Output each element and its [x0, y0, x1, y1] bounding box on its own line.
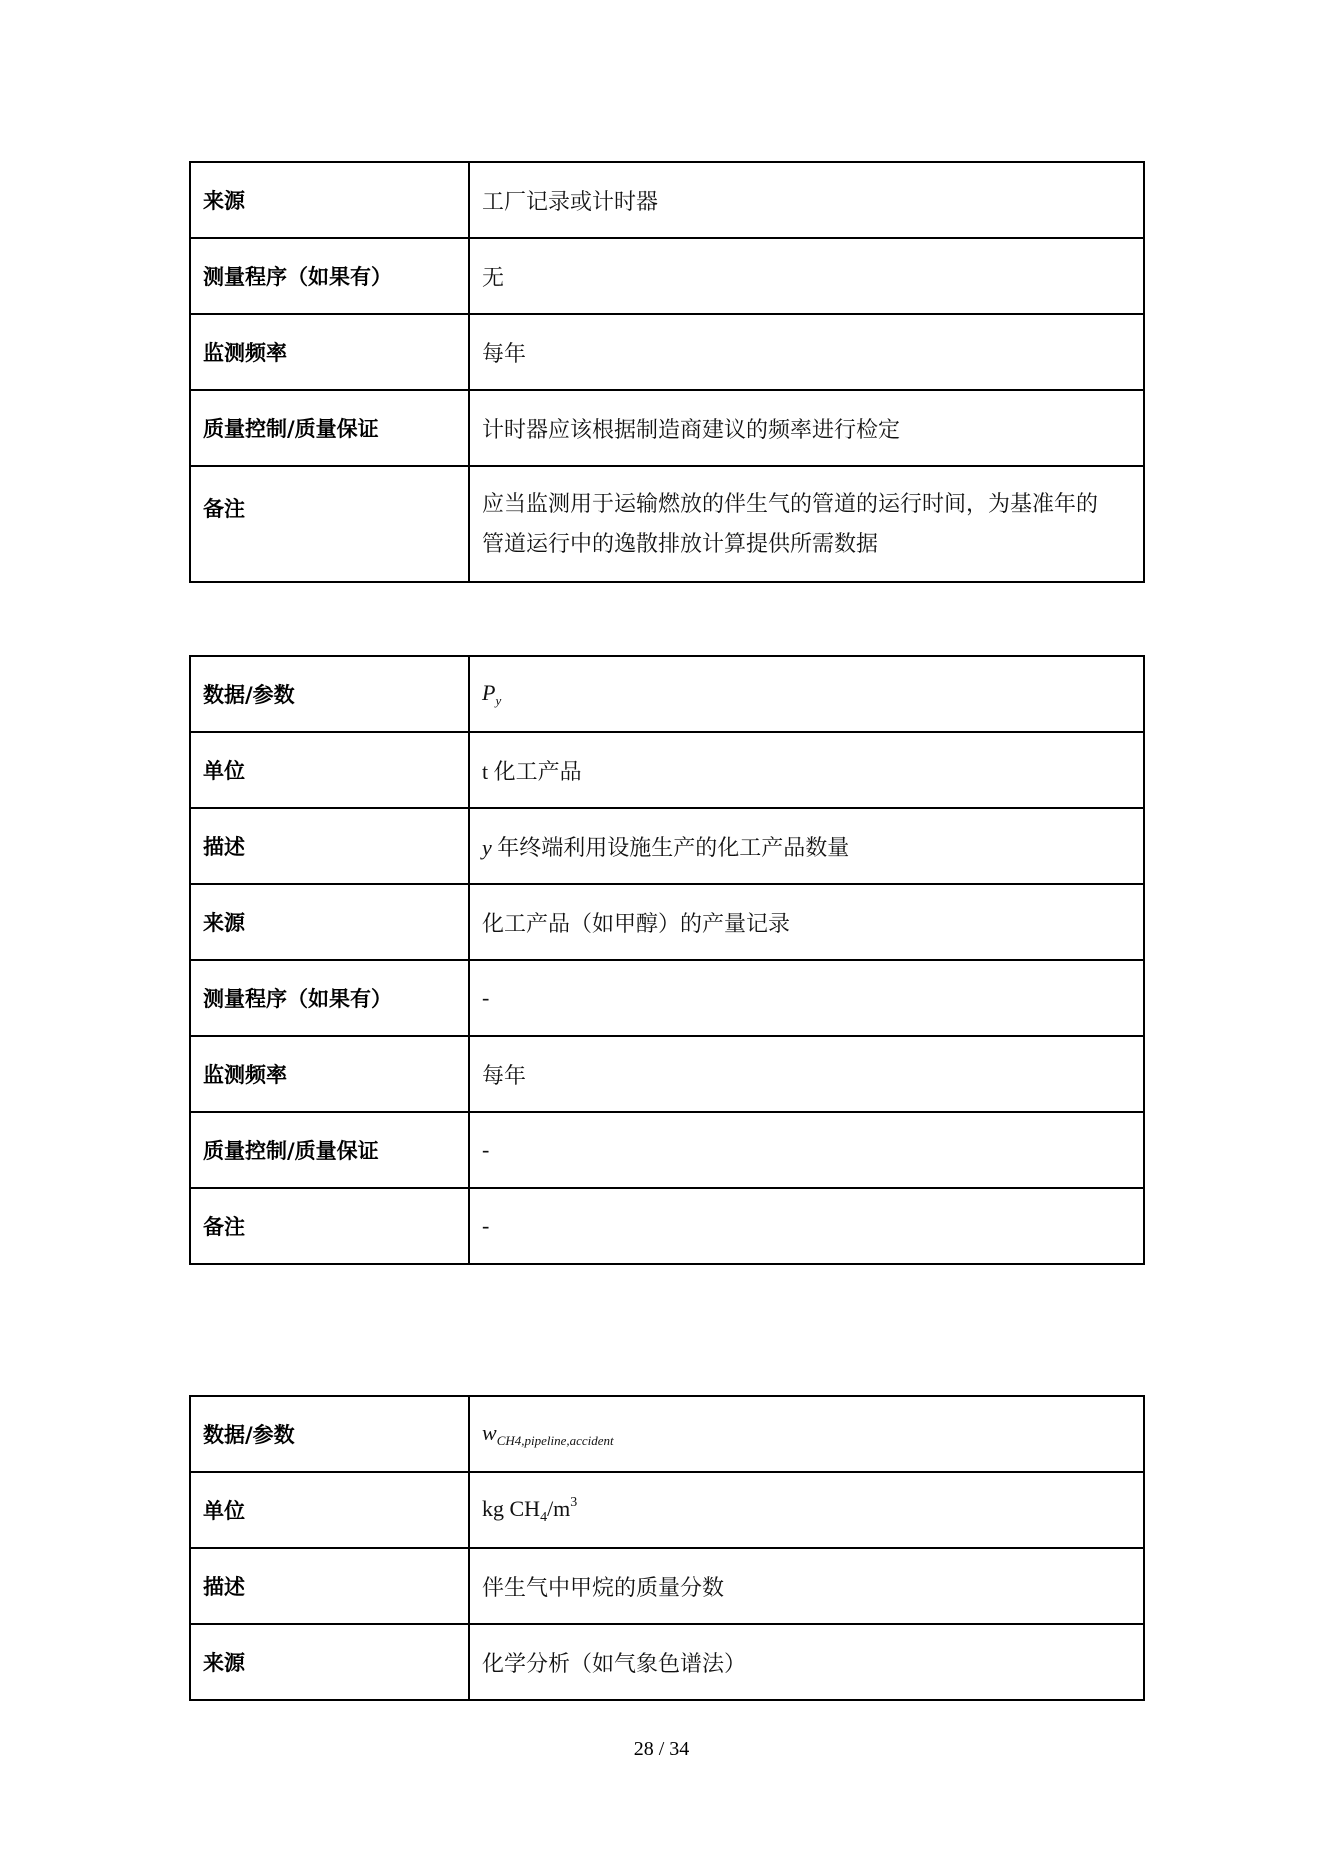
row-label: 质量控制/质量保证	[190, 390, 469, 466]
table-row: 单位 t 化工产品	[190, 732, 1144, 808]
row-value: -	[469, 1112, 1144, 1188]
table-row: 来源 工厂记录或计时器	[190, 162, 1144, 238]
unit-subscript: 4	[540, 1510, 547, 1525]
table-row: 测量程序（如果有） 无	[190, 238, 1144, 314]
unit-part-a: kg CH	[482, 1496, 540, 1521]
table-row: 监测频率 每年	[190, 1036, 1144, 1112]
parameter-subscript: CH4,pipeline,accident	[497, 1433, 614, 1448]
row-label: 来源	[190, 884, 469, 960]
row-value: 工厂记录或计时器	[469, 162, 1144, 238]
row-value: 每年	[469, 314, 1144, 390]
table-row: 质量控制/质量保证 计时器应该根据制造商建议的频率进行检定	[190, 390, 1144, 466]
table-row: 监测频率 每年	[190, 314, 1144, 390]
row-value: 伴生气中甲烷的质量分数	[469, 1548, 1144, 1624]
monitoring-table-pipeline-operating-time: 来源 工厂记录或计时器 测量程序（如果有） 无 监测频率 每年 质量控制/质量保…	[189, 161, 1145, 583]
row-value: -	[469, 1188, 1144, 1264]
row-value: wCH4,pipeline,accident	[469, 1396, 1144, 1472]
remark-line-2: 管道运行中的逸散排放计算提供所需数据	[482, 531, 878, 556]
row-label: 测量程序（如果有）	[190, 238, 469, 314]
table-row: 备注 应当监测用于运输燃放的伴生气的管道的运行时间，为基准年的 管道运行中的逸散…	[190, 466, 1144, 582]
table-row: 来源 化工产品（如甲醇）的产量记录	[190, 884, 1144, 960]
monitoring-table-methane-mass-fraction: 数据/参数 wCH4,pipeline,accident 单位 kg CH4/m…	[189, 1395, 1145, 1701]
table-row: 数据/参数 wCH4,pipeline,accident	[190, 1396, 1144, 1472]
row-label: 描述	[190, 808, 469, 884]
table-row: 单位 kg CH4/m3	[190, 1472, 1144, 1548]
table-row: 来源 化学分析（如气象色谱法）	[190, 1624, 1144, 1700]
description-text: 年终端利用设施生产的化工产品数量	[492, 835, 850, 860]
row-value: y 年终端利用设施生产的化工产品数量	[469, 808, 1144, 884]
unit-superscript: 3	[570, 1495, 577, 1510]
parameter-symbol: P	[482, 680, 495, 705]
row-label: 描述	[190, 1548, 469, 1624]
table-row: 测量程序（如果有） -	[190, 960, 1144, 1036]
row-label: 数据/参数	[190, 656, 469, 732]
table-row: 质量控制/质量保证 -	[190, 1112, 1144, 1188]
parameter-subscript: y	[495, 693, 501, 708]
table-row: 描述 伴生气中甲烷的质量分数	[190, 1548, 1144, 1624]
row-value: Py	[469, 656, 1144, 732]
row-label: 备注	[190, 466, 469, 582]
row-label: 质量控制/质量保证	[190, 1112, 469, 1188]
row-value: 每年	[469, 1036, 1144, 1112]
row-label: 来源	[190, 162, 469, 238]
row-value: 计时器应该根据制造商建议的频率进行检定	[469, 390, 1144, 466]
row-label: 单位	[190, 732, 469, 808]
row-value: 化学分析（如气象色谱法）	[469, 1624, 1144, 1700]
row-label: 监测频率	[190, 1036, 469, 1112]
row-label: 备注	[190, 1188, 469, 1264]
row-value: 无	[469, 238, 1144, 314]
row-value: 化工产品（如甲醇）的产量记录	[469, 884, 1144, 960]
year-variable: y	[482, 835, 492, 860]
row-label: 测量程序（如果有）	[190, 960, 469, 1036]
row-value: 应当监测用于运输燃放的伴生气的管道的运行时间，为基准年的 管道运行中的逸散排放计…	[469, 466, 1144, 582]
row-label: 数据/参数	[190, 1396, 469, 1472]
row-label: 监测频率	[190, 314, 469, 390]
row-value: t 化工产品	[469, 732, 1144, 808]
row-label: 单位	[190, 1472, 469, 1548]
page-number: 28 / 34	[0, 1738, 1323, 1761]
row-value: kg CH4/m3	[469, 1472, 1144, 1548]
parameter-symbol: w	[482, 1420, 497, 1445]
row-label: 来源	[190, 1624, 469, 1700]
table-row: 描述 y 年终端利用设施生产的化工产品数量	[190, 808, 1144, 884]
table-row: 数据/参数 Py	[190, 656, 1144, 732]
remark-line-1: 应当监测用于运输燃放的伴生气的管道的运行时间，为基准年的	[482, 491, 1098, 516]
unit-part-b: /m	[547, 1496, 570, 1521]
monitoring-table-chemical-product-output: 数据/参数 Py 单位 t 化工产品 描述 y 年终端利用设施生产的化工产品数量…	[189, 655, 1145, 1265]
table-row: 备注 -	[190, 1188, 1144, 1264]
row-value: -	[469, 960, 1144, 1036]
